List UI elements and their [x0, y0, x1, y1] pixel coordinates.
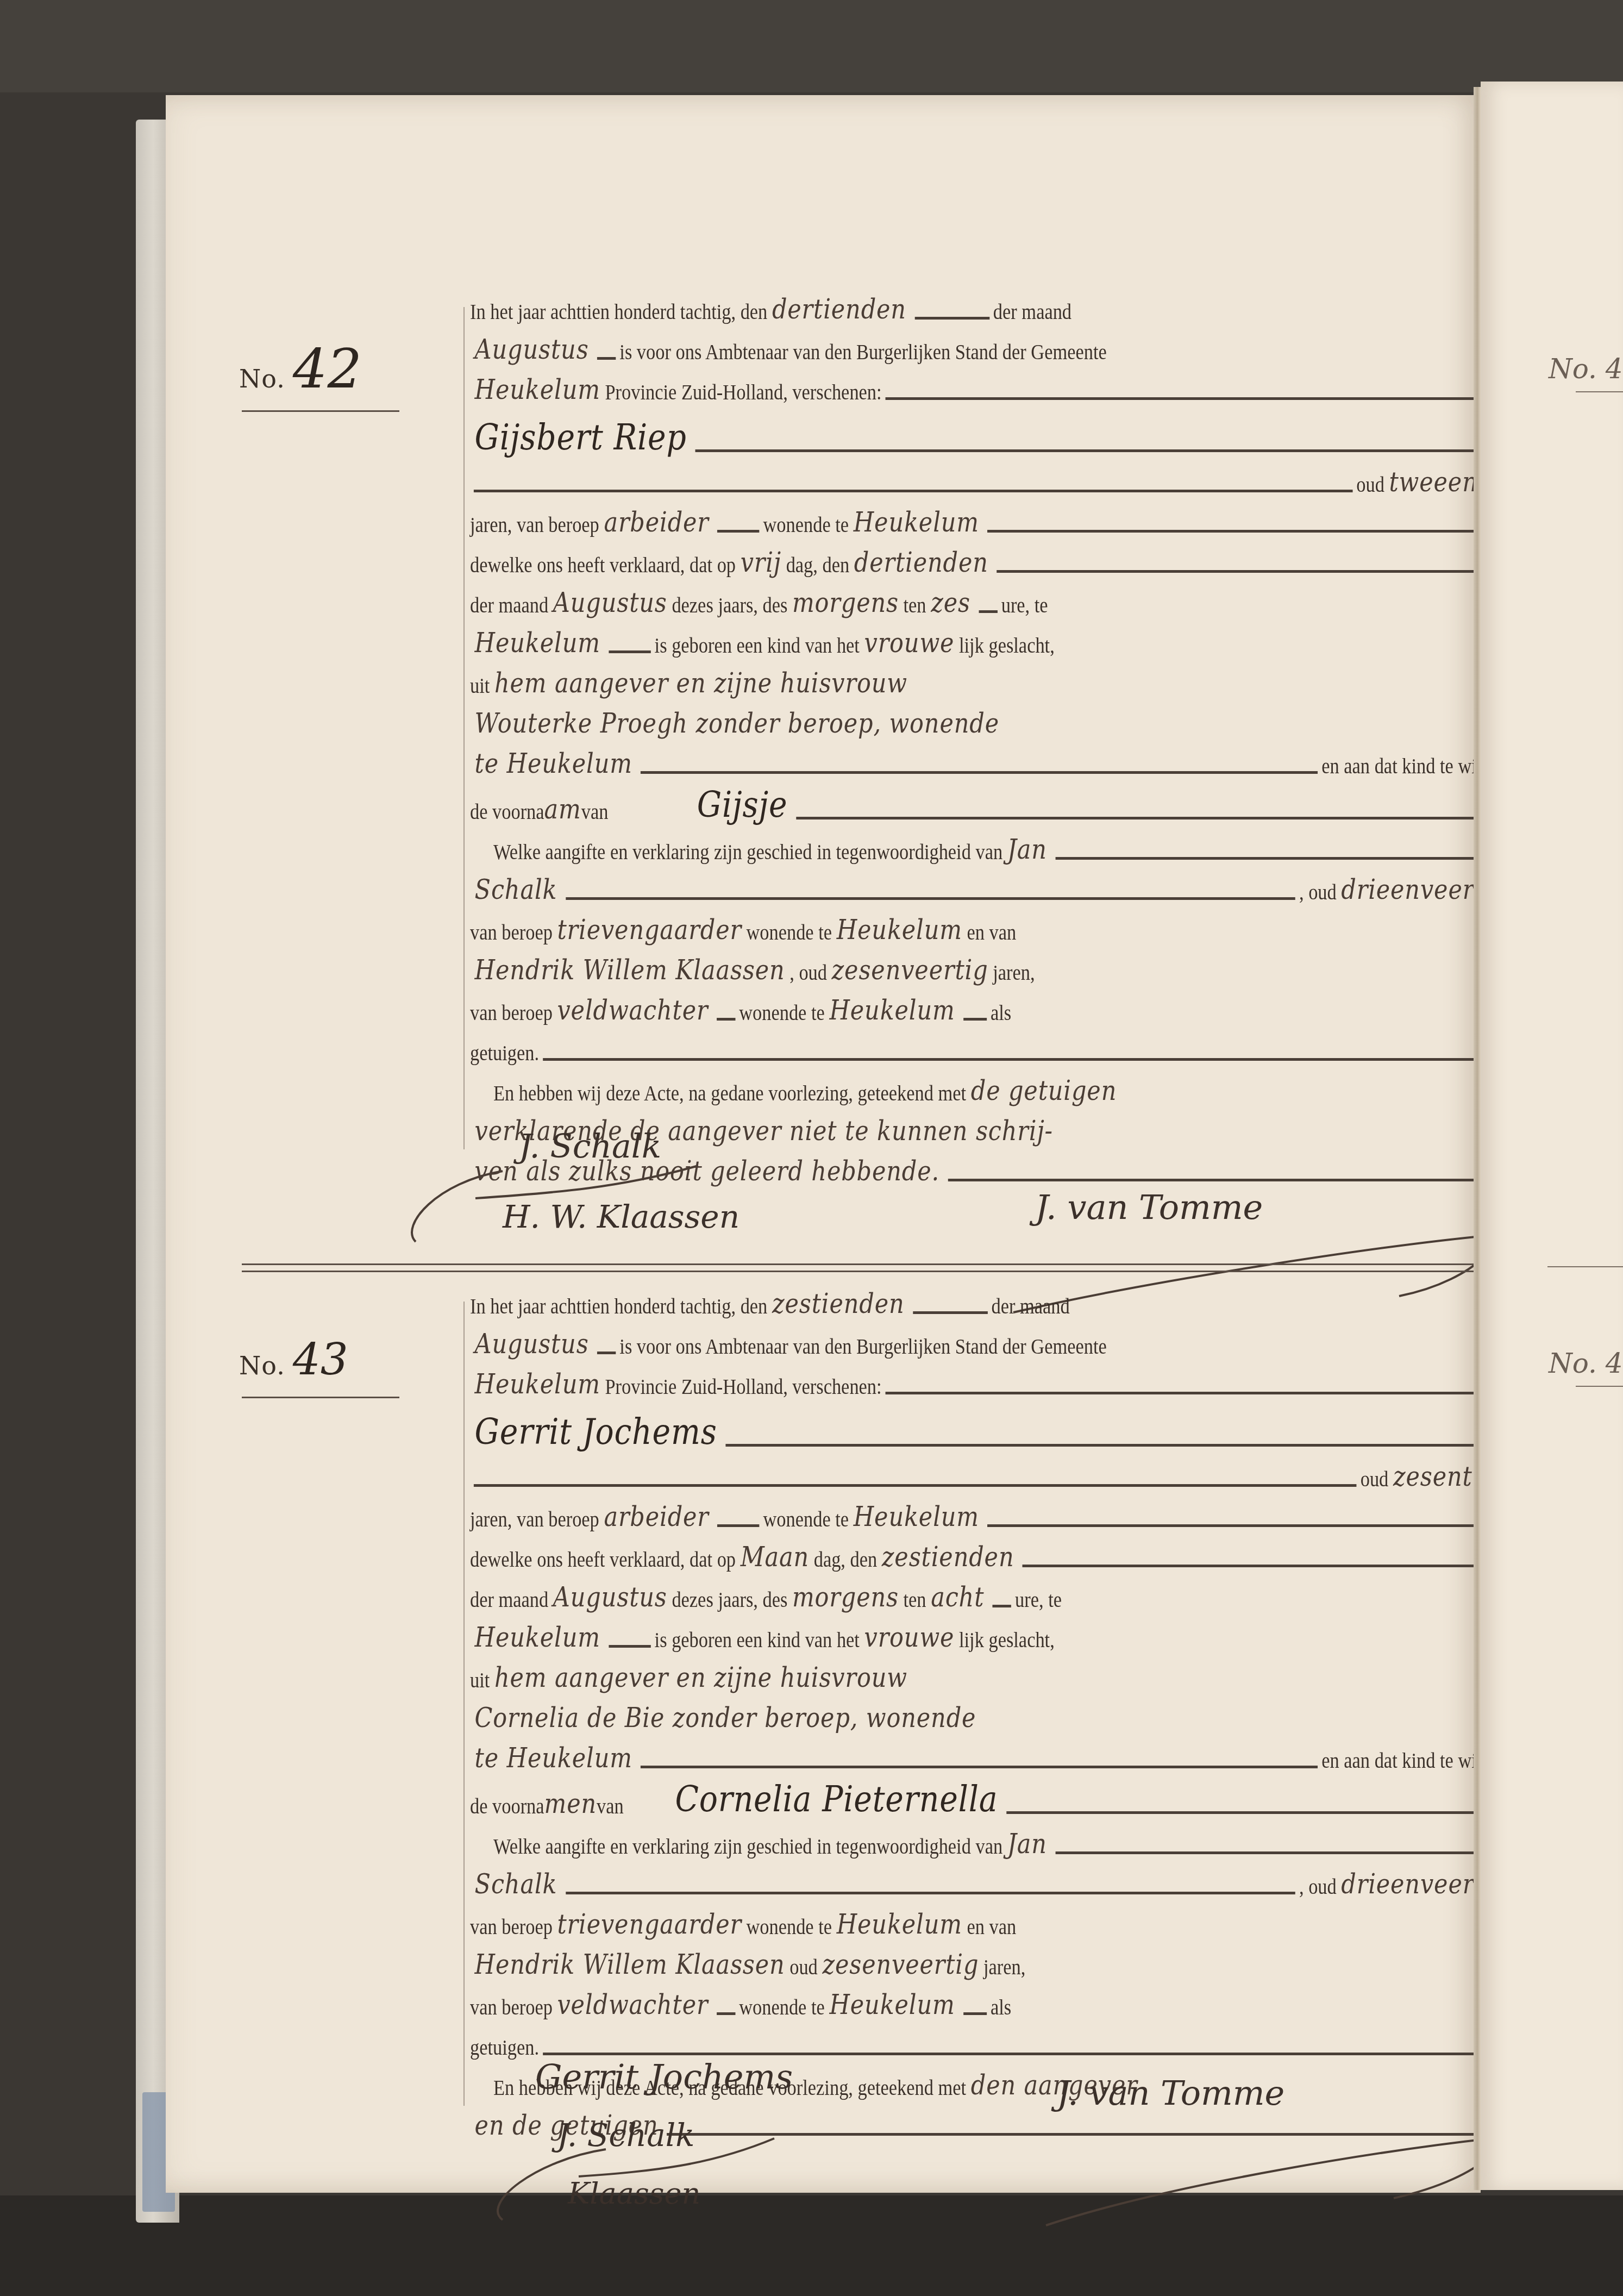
handwritten-sex: vrouwe — [860, 1624, 959, 1651]
handwritten-witness1-first: Jan — [1002, 1830, 1051, 1857]
register-page-left: No.42 In het jaar achttien honderd tacht… — [166, 95, 1481, 2193]
signature-registrar: J. van Tomme — [1057, 2073, 1284, 2113]
facing-record-separator — [1547, 1266, 1623, 1267]
text-line: dewelke ons heeft verklaard, dat op vrij… — [470, 536, 1554, 576]
signature-flourish — [470, 2128, 850, 2236]
text-line: Welke aangifte en verklaring zijn geschi… — [470, 1817, 1577, 1857]
handwritten-hour: acht — [926, 1584, 989, 1611]
margin-rule — [463, 307, 465, 1149]
record-number: No.42 — [239, 337, 362, 401]
handwritten-witness1-residence: Heukelum — [832, 1911, 967, 1938]
record-number: No.43 — [239, 1334, 348, 1385]
handwritten-witness1-last: Schalk — [470, 1870, 562, 1898]
text-line: van beroep veldwachter wonende te Heukel… — [470, 1978, 1554, 2018]
text-line: Welke aangifte en verklaring zijn geschi… — [470, 823, 1577, 863]
signature-declarant: Gerrit Jochems — [535, 2057, 793, 2097]
handwritten-mother: Cornelia de Bie zonder beroep, wonende — [470, 1704, 981, 1731]
handwritten-municipality: Heukelum — [470, 376, 605, 403]
handwritten-witness2-occupation: veldwachter — [553, 997, 713, 1024]
text-line: van beroep trievengaarder wonende te Heu… — [470, 1898, 1554, 1938]
handwritten-weekday: Maan — [736, 1543, 814, 1571]
text-line: Cornelia de Bie zonder beroep, wonende — [470, 1691, 1554, 1731]
record-number-label: No. — [239, 1351, 285, 1380]
text-line: der maand Augustus dezes jaars, des morg… — [470, 1571, 1554, 1611]
handwritten-witness2-name: Hendrik Willem Klaassen — [470, 956, 789, 984]
handwritten-time-of-day: morgens — [787, 589, 903, 616]
text-line: Heukelum is geboren een kind van het vro… — [470, 1611, 1554, 1651]
record-number-value: 42 — [293, 337, 362, 401]
handwritten-witness2-residence: Heukelum — [825, 1991, 960, 2018]
handwritten-witness2-residence: Heukelum — [825, 997, 960, 1024]
handwritten-witness2-age: zesenveertig — [827, 956, 993, 984]
margin-rule — [463, 1302, 465, 2106]
record-number-value: 43 — [293, 1334, 348, 1385]
handwritten-parents: hem aangever en zijne huisvrouw — [490, 670, 912, 697]
signature-flourish — [394, 1149, 774, 1258]
handwritten-mother-residence: te Heukelum — [470, 1744, 637, 1772]
text-line: van beroep veldwachter wonende te Heukel… — [470, 984, 1554, 1024]
handwritten-declarant-name: Gerrit Jochems — [470, 1414, 722, 1450]
handwritten-birth-month: Augustus — [548, 1584, 672, 1611]
handwritten-witness2-name: Hendrik Willem Klaassen — [470, 1951, 789, 1978]
register-page-right-partial — [1481, 82, 1623, 2190]
text-line: van beroep trievengaarder wonende te Heu… — [470, 903, 1554, 943]
text-line: Schalk , oud drieenveertig jaren, — [470, 1857, 1554, 1898]
handwritten-residence: Heukelum — [849, 1503, 983, 1530]
text-line: jaren, van beroep arbeider wonende te He… — [470, 1490, 1554, 1530]
text-line: In het jaar achttien honderd tachtig, de… — [470, 1277, 1554, 1317]
handwritten-witness1-occupation: trievengaarder — [553, 1911, 747, 1938]
handwritten-mother-residence: te Heukelum — [470, 750, 637, 777]
handwritten-sex: vrouwe — [860, 629, 959, 656]
handwritten-mother: Wouterke Proegh zonder beroep, wonende — [470, 710, 1004, 737]
text-line: te Heukelum en aan dat kind te willen ge… — [470, 737, 1554, 777]
handwritten-witness1-last: Schalk — [470, 876, 562, 903]
handwritten-time-of-day: morgens — [787, 1584, 903, 1611]
record-separator — [242, 1263, 1562, 1272]
text-line: In het jaar achttien honderd tachtig, de… — [470, 283, 1554, 323]
text-line: Gijsbert Riep — [470, 403, 1554, 455]
text-line: Augustus is voor ons Ambtenaar van den B… — [470, 1317, 1554, 1357]
handwritten-day: zestienden — [767, 1290, 909, 1317]
handwritten-witness2-occupation: veldwachter — [553, 1991, 713, 2018]
text-line: uit hem aangever en zijne huisvrouw — [470, 1651, 1554, 1691]
text-line: oud zesentwintig — [470, 1450, 1554, 1490]
text-line: uit hem aangever en zijne huisvrouw — [470, 656, 1554, 697]
text-line: Hendrik Willem Klaassen , oud zesenveert… — [470, 943, 1554, 984]
facing-record-number: No. 4 — [1549, 1348, 1623, 1379]
text-line: oud tweeenvijftig — [470, 455, 1554, 496]
book-gutter — [1474, 87, 1481, 2190]
handwritten-witness1-first: Jan — [1002, 836, 1051, 863]
record-number-underline — [242, 410, 399, 412]
facing-record-number: No. 4 — [1549, 353, 1623, 385]
text-line: En hebben wij deze Acte, na gedane voorl… — [470, 1064, 1577, 1104]
record-number-label: No. — [239, 364, 285, 393]
text-line: Gerrit Jochems — [470, 1398, 1554, 1450]
text-line: de voornamen van Cornelia Pieternella — [470, 1772, 1554, 1817]
handwritten-birth-day: dertienden — [849, 549, 993, 576]
handwritten-municipality: Heukelum — [470, 1371, 605, 1398]
handwritten-birth-month: Augustus — [548, 589, 672, 616]
text-line: Wouterke Proegh zonder beroep, wonende — [470, 697, 1554, 737]
text-line: jaren, van beroep arbeider wonende te He… — [470, 496, 1554, 536]
handwritten-declarant-name: Gijsbert Riep — [470, 420, 691, 455]
handwritten-parents: hem aangever en zijne huisvrouw — [490, 1664, 912, 1691]
text-line: Heukelum is geboren een kind van het vro… — [470, 616, 1554, 656]
text-line: de voornaam van Gijsje — [470, 777, 1554, 823]
text-line: Heukelum Provincie Zuid-Holland, versche… — [470, 363, 1554, 403]
handwritten-hour: zes — [926, 589, 975, 616]
record-number-underline — [242, 1397, 399, 1398]
text-line: dewelke ons heeft verklaard, dat op Maan… — [470, 1530, 1554, 1571]
scan-background-top — [0, 0, 1623, 92]
handwritten-birth-day: zestienden — [877, 1543, 1019, 1571]
text-line: Hendrik Willem Klaassen oud zesenveertig… — [470, 1938, 1554, 1978]
facing-record-number-underline — [1576, 1386, 1623, 1387]
text-line: getuigen. — [470, 1024, 1554, 1064]
handwritten-signing-note: de getuigen — [966, 1077, 1121, 1104]
handwritten-month: Augustus — [470, 336, 593, 363]
text-line: getuigen. — [470, 2018, 1554, 2059]
handwritten-weekday: vrij — [736, 549, 786, 576]
text-line: der maand Augustus dezes jaars, des morg… — [470, 576, 1554, 616]
handwritten-witness2-age: zesenveertig — [818, 1951, 983, 1978]
handwritten-birth-place: Heukelum — [470, 629, 605, 656]
handwritten-month: Augustus — [470, 1330, 593, 1357]
handwritten-occupation: arbeider — [599, 509, 714, 536]
text-line: te Heukelum en aan dat kind te willen ge… — [470, 1731, 1554, 1772]
handwritten-child-name: Gijsje — [692, 787, 792, 823]
handwritten-witness1-occupation: trievengaarder — [553, 916, 747, 943]
text-line: Augustus is voor ons Ambtenaar van den B… — [470, 323, 1554, 363]
handwritten-occupation: arbeider — [599, 1503, 714, 1530]
text-line: Heukelum Provincie Zuid-Holland, versche… — [470, 1357, 1554, 1398]
handwritten-child-name: Cornelia Pieternella — [670, 1781, 1002, 1817]
handwritten-witness1-residence: Heukelum — [832, 916, 967, 943]
text-line: Schalk , oud drieenveertig jaren, — [470, 863, 1554, 903]
handwritten-day: dertienden — [767, 296, 911, 323]
handwritten-residence: Heukelum — [849, 509, 983, 536]
handwritten-birth-place: Heukelum — [470, 1624, 605, 1651]
record-text: In het jaar achttien honderd tachtig, de… — [470, 1277, 1554, 2139]
record-text: In het jaar achttien honderd tachtig, de… — [470, 283, 1554, 1185]
facing-record-number-underline — [1576, 391, 1623, 392]
